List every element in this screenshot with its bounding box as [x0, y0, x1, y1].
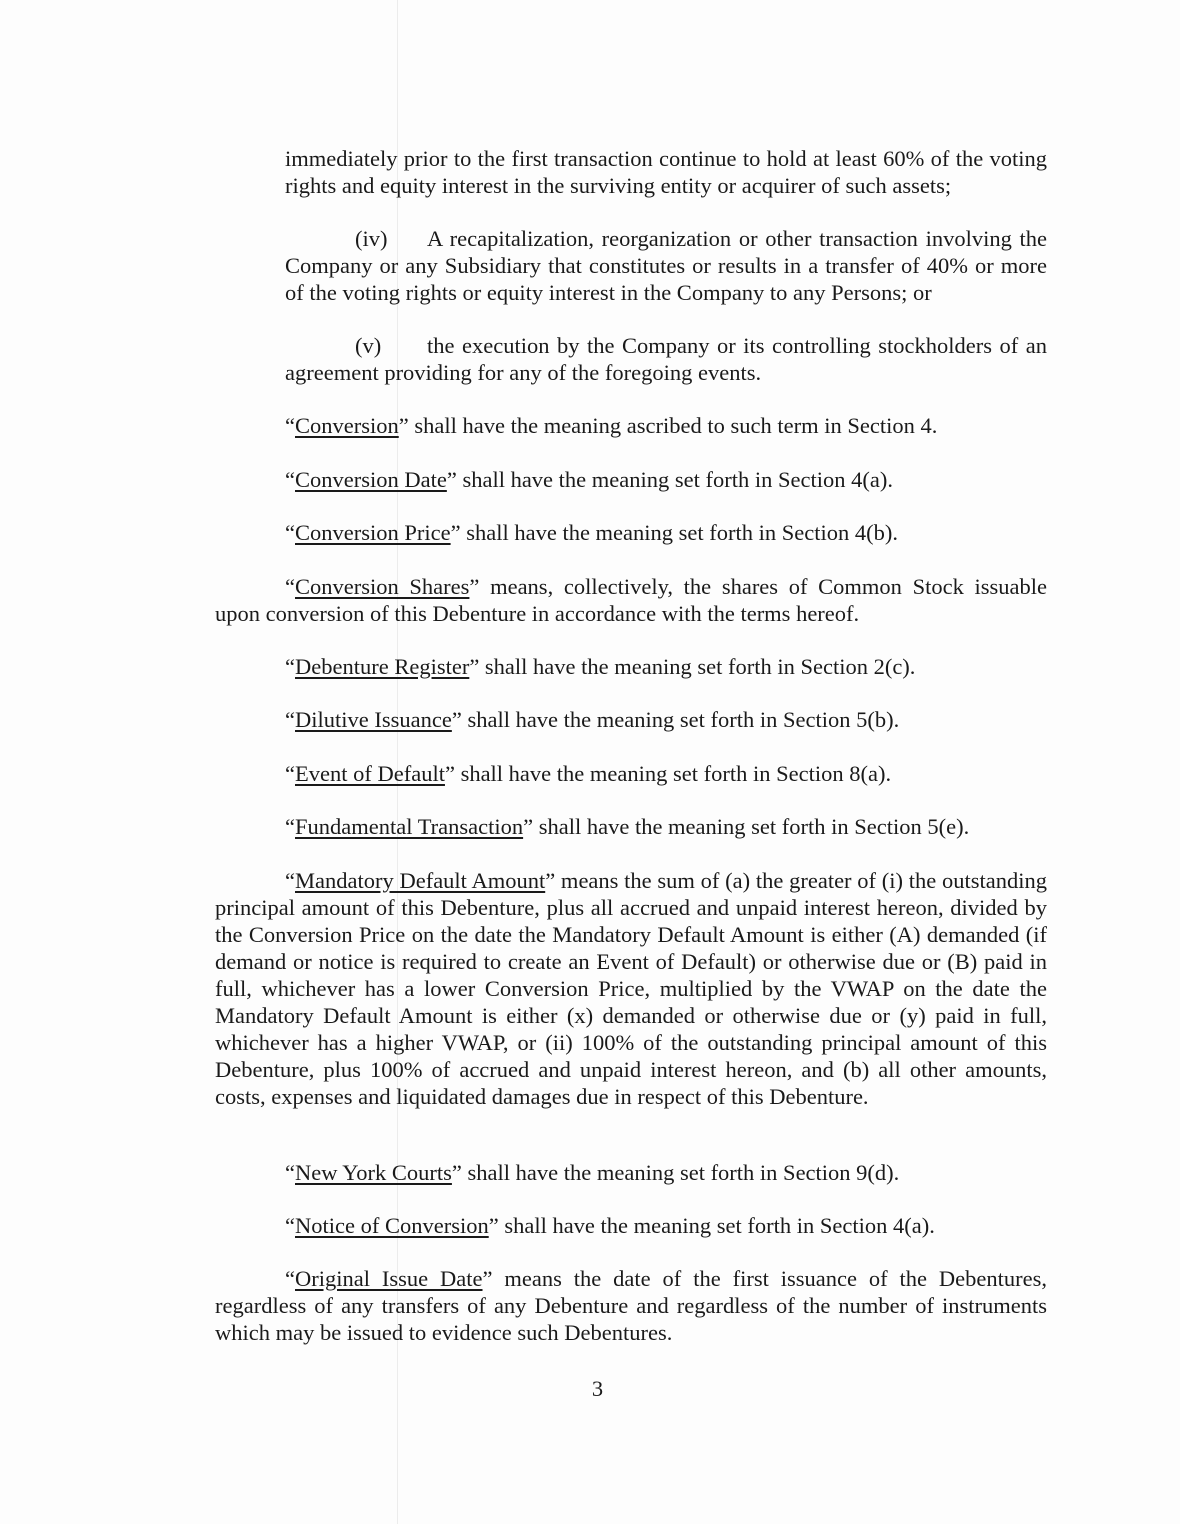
defined-term: Mandatory Default Amount — [295, 868, 545, 893]
defined-term: Conversion Shares — [295, 574, 469, 599]
page-number: 3 — [0, 1375, 1180, 1402]
clause-number: (iv) — [355, 225, 427, 252]
definition: “Dilutive Issuance” shall have the meani… — [215, 706, 1047, 733]
defined-term: Event of Default — [295, 761, 445, 786]
continuation-paragraph: immediately prior to the first transacti… — [285, 145, 1047, 199]
definition: “Conversion Shares” means, collectively,… — [215, 573, 1047, 627]
definition: “Conversion Price” shall have the meanin… — [215, 519, 1047, 546]
defined-term: Notice of Conversion — [295, 1213, 489, 1238]
clause-number: (v) — [355, 332, 427, 359]
defined-term: Debenture Register — [295, 654, 469, 679]
definition: “Original Issue Date” means the date of … — [215, 1265, 1047, 1346]
defined-term: Fundamental Transaction — [295, 814, 523, 839]
defined-term: Original Issue Date — [295, 1266, 483, 1291]
definition: “New York Courts” shall have the meaning… — [215, 1159, 1047, 1186]
definition: “Debenture Register” shall have the mean… — [215, 653, 1047, 680]
defined-term: Conversion Price — [295, 520, 451, 545]
defined-term: New York Courts — [295, 1160, 452, 1185]
clause-v: (v)the execution by the Company or its c… — [285, 332, 1047, 386]
definition: “Conversion Date” shall have the meaning… — [215, 466, 1047, 493]
definition: “Fundamental Transaction” shall have the… — [215, 813, 1047, 840]
document-page: immediately prior to the first transacti… — [0, 0, 1180, 1524]
definition: “Conversion” shall have the meaning ascr… — [215, 412, 1047, 439]
definition: “Event of Default” shall have the meanin… — [215, 760, 1047, 787]
definition: “Mandatory Default Amount” means the sum… — [215, 867, 1047, 1110]
defined-term: Conversion — [295, 413, 399, 438]
clause-iv: (iv)A recapitalization, reorganization o… — [285, 225, 1047, 306]
defined-term: Conversion Date — [295, 467, 447, 492]
defined-term: Dilutive Issuance — [295, 707, 452, 732]
definition: “Notice of Conversion” shall have the me… — [215, 1212, 1047, 1239]
